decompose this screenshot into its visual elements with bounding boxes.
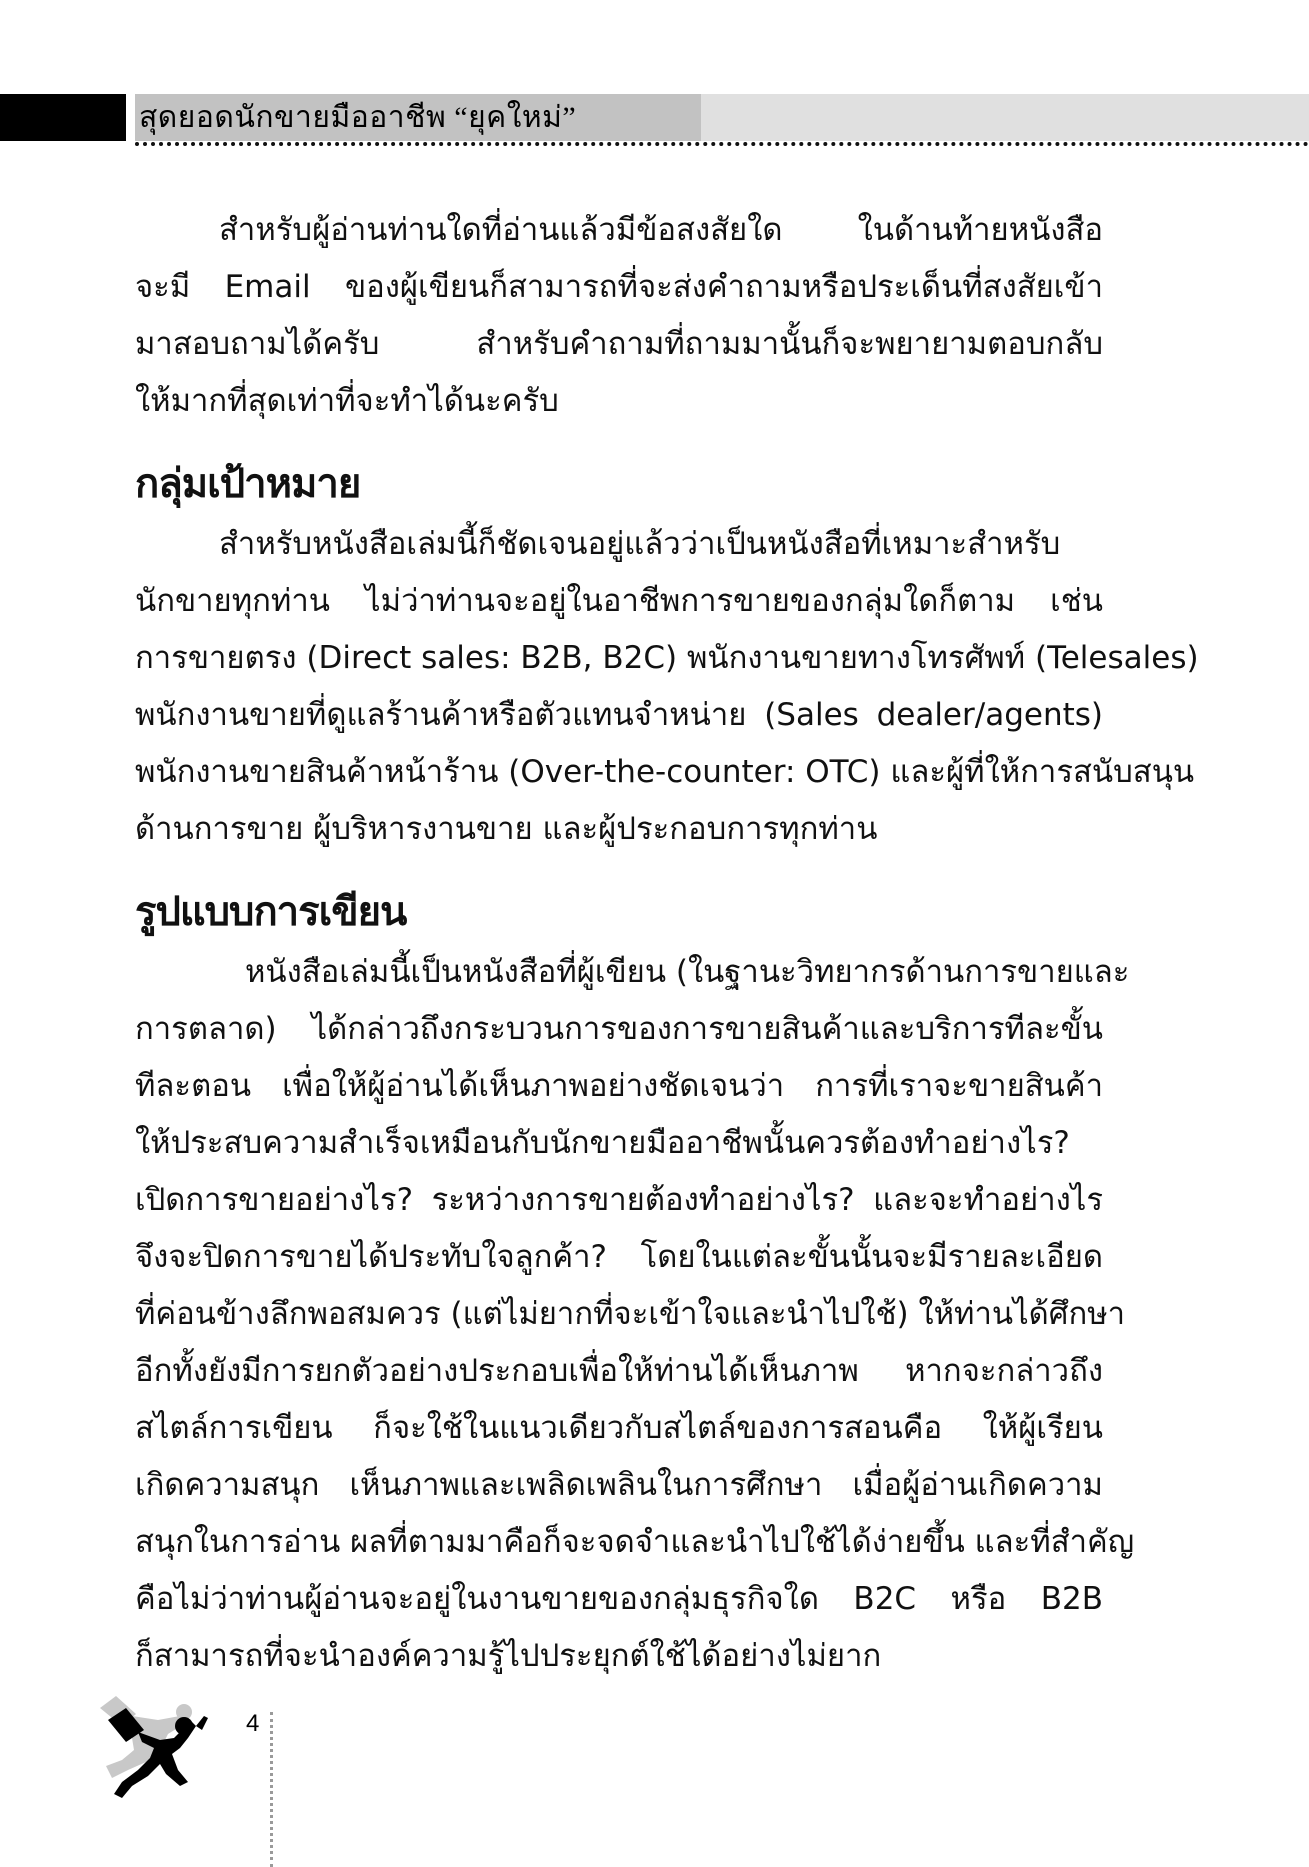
text-line: ที่ค่อนข้างลึกพอสมควร (แต่ไม่ยากที่จะเข้… (135, 1286, 1103, 1343)
book-title: สุดยอดนักขายมืออาชีพ “ยุคใหม่” (139, 94, 576, 141)
text-line: สนุกในการอ่าน ผลที่ตามมาคือก็จะจดจำและนำ… (135, 1514, 1103, 1571)
page-number: 4 (246, 1710, 259, 1738)
section-heading-writing-style: รูปแบบการเขียน (135, 888, 1103, 936)
text-line: ด้านการขาย ผู้บริหารงานขาย และผู้ประกอบก… (135, 801, 1103, 858)
footer-dotted-rule (270, 1712, 273, 1867)
text-line: จะมี Email ของผู้เขียนก็สามารถที่จะส่งคำ… (135, 259, 1103, 316)
text-line: สไตล์การเขียน ก็จะใช้ในแนวเดียวกับสไตล์ข… (135, 1400, 1103, 1457)
intro-paragraph: สำหรับผู้อ่านท่านใดที่อ่านแล้วมีข้อสงสัย… (135, 202, 1103, 430)
text-line: การตลาด) ได้กล่าวถึงกระบวนการของการขายสิ… (135, 1001, 1103, 1058)
text-line: นักขายทุกท่าน ไม่ว่าท่านจะอยู่ในอาชีพการ… (135, 573, 1103, 630)
writing-style-paragraph: หนังสือเล่มนี้เป็นหนังสือที่ผู้เขียน (ใน… (135, 944, 1103, 1685)
running-header: สุดยอดนักขายมืออาชีพ “ยุคใหม่” (0, 94, 1309, 141)
text-line: เปิดการขายอย่างไร? ระหว่างการขายต้องทำอย… (135, 1172, 1103, 1229)
target-audience-paragraph: สำหรับหนังสือเล่มนี้ก็ชัดเจนอยู่แล้วว่าเ… (135, 516, 1103, 858)
text-line: คือไม่ว่าท่านผู้อ่านจะอยู่ในงานขายของกลุ… (135, 1571, 1103, 1628)
header-title-box: สุดยอดนักขายมืออาชีพ “ยุคใหม่” (135, 94, 701, 141)
header-dotted-rule (135, 142, 1309, 146)
text-line: จึงจะปิดการขายได้ประทับใจลูกค้า? โดยในแต… (135, 1229, 1103, 1286)
text-line: พนักงานขายสินค้าหน้าร้าน (Over-the-count… (135, 744, 1103, 801)
text-line: หนังสือเล่มนี้เป็นหนังสือที่ผู้เขียน (ใน… (135, 944, 1103, 1001)
text-line: มาสอบถามได้ครับ สำหรับคำถามที่ถามมานั้นก… (135, 316, 1103, 373)
text-line: เกิดความสนุก เห็นภาพและเพลิดเพลินในการศึ… (135, 1457, 1103, 1514)
text-line: ให้มากที่สุดเท่าที่จะทำได้นะครับ (135, 373, 1103, 430)
text-line: ทีละตอน เพื่อให้ผู้อ่านได้เห็นภาพอย่างชั… (135, 1058, 1103, 1115)
text-line: พนักงานขายที่ดูแลร้านค้าหรือตัวแทนจำหน่า… (135, 687, 1103, 744)
text-line: อีกทั้งยังมีการยกตัวอย่างประกอบเพื่อให้ท… (135, 1343, 1103, 1400)
page-content: สำหรับผู้อ่านท่านใดที่อ่านแล้วมีข้อสงสัย… (135, 202, 1103, 1685)
text-line: การขายตรง (Direct sales: B2B, B2C) พนักง… (135, 630, 1103, 687)
text-line: ก็สามารถที่จะนำองค์ความรู้ไปประยุกต์ใช้ไ… (135, 1628, 1103, 1685)
text-line: สำหรับผู้อ่านท่านใดที่อ่านแล้วมีข้อสงสัย… (135, 202, 1103, 259)
text-line: สำหรับหนังสือเล่มนี้ก็ชัดเจนอยู่แล้วว่าเ… (135, 516, 1103, 573)
running-businessman-icon (88, 1690, 218, 1810)
header-black-block (0, 94, 126, 141)
section-heading-target-audience: กลุ่มเป้าหมาย (135, 460, 1103, 508)
header-fill-box (701, 94, 1309, 141)
text-line: ให้ประสบความสำเร็จเหมือนกับนักขายมืออาชี… (135, 1115, 1103, 1172)
